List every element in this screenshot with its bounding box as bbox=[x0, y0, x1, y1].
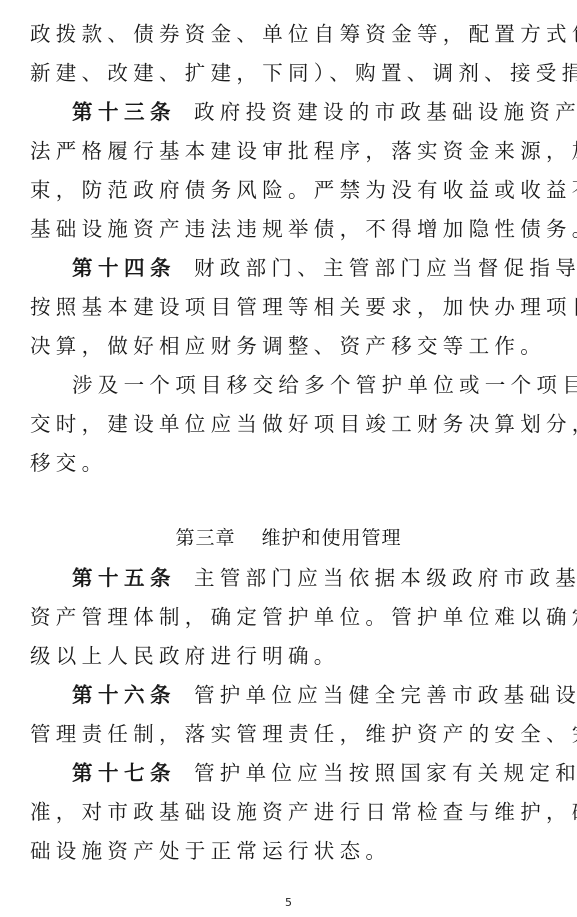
body-line: 基础设施资产违法违规举债，不得增加隐性债务。 bbox=[30, 210, 560, 249]
body-line: 按照基本建设项目管理等相关要求，加快办理项目竣工财务 bbox=[30, 288, 560, 327]
page-number: 5 bbox=[0, 896, 577, 909]
chapter-title: 维护和使用管理 bbox=[262, 527, 402, 549]
body-line: 管理责任制，落实管理责任，维护资产的安全、完整。 bbox=[30, 715, 560, 754]
article-16-first-line: 第十六条管护单位应当健全完善市政基础设施资产 bbox=[72, 676, 577, 715]
article-14-text: 财政部门、主管部门应当督促指导建设单位 bbox=[194, 256, 577, 280]
article-17-text: 管护单位应当按照国家有关规定和技术标 bbox=[194, 761, 577, 785]
article-15-first-line: 第十五条主管部门应当依据本级政府市政基础设施 bbox=[72, 559, 577, 598]
article-17-first-line: 第十七条管护单位应当按照国家有关规定和技术标 bbox=[72, 754, 577, 793]
body-line: 交时，建设单位应当做好项目竣工财务决算划分，分别办理 bbox=[30, 405, 560, 444]
body-line: 准，对市政基础设施资产进行日常检查与维护，确保市政基 bbox=[30, 793, 560, 832]
body-line: 础设施资产处于正常运行状态。 bbox=[30, 832, 560, 871]
article-15-text: 主管部门应当依据本级政府市政基础设施 bbox=[194, 566, 577, 590]
body-line: 涉及一个项目移交给多个管护单位或一个项目部分移 bbox=[72, 366, 577, 405]
article-16-label: 第十六条 bbox=[72, 683, 176, 707]
article-15-label: 第十五条 bbox=[72, 566, 176, 590]
document-page: 政拨款、债券资金、单位自筹资金等，配置方式包括建设（含 新建、改建、扩建，下同）… bbox=[0, 0, 577, 917]
body-line: 新建、改建、扩建，下同）、购置、调剂、接受捐赠等。 bbox=[30, 54, 560, 93]
body-line: 政拨款、债券资金、单位自筹资金等，配置方式包括建设（含 bbox=[30, 15, 560, 54]
article-13-first-line: 第十三条政府投资建设的市政基础设施资产应当依 bbox=[72, 93, 577, 132]
body-line: 决算，做好相应财务调整、资产移交等工作。 bbox=[30, 327, 560, 366]
body-line: 束，防范政府债务风险。严禁为没有收益或收益不足的市政 bbox=[30, 171, 560, 210]
article-17-label: 第十七条 bbox=[72, 761, 176, 785]
body-line: 法严格履行基本建设审批程序，落实资金来源，加强预算约 bbox=[30, 132, 560, 171]
body-line: 级以上人民政府进行明确。 bbox=[30, 637, 560, 676]
article-13-label: 第十三条 bbox=[72, 100, 176, 124]
body-line: 资产管理体制，确定管护单位。管护单位难以确定的，由县 bbox=[30, 598, 560, 637]
article-16-text: 管护单位应当健全完善市政基础设施资产 bbox=[194, 683, 577, 707]
body-line: 移交。 bbox=[30, 444, 560, 483]
chapter-number: 第三章 bbox=[175, 527, 235, 549]
article-13-text: 政府投资建设的市政基础设施资产应当依 bbox=[194, 100, 577, 124]
article-14-label: 第十四条 bbox=[72, 256, 176, 280]
article-14-first-line: 第十四条财政部门、主管部门应当督促指导建设单位 bbox=[72, 249, 577, 288]
chapter-heading: 第三章维护和使用管理 bbox=[0, 519, 577, 558]
